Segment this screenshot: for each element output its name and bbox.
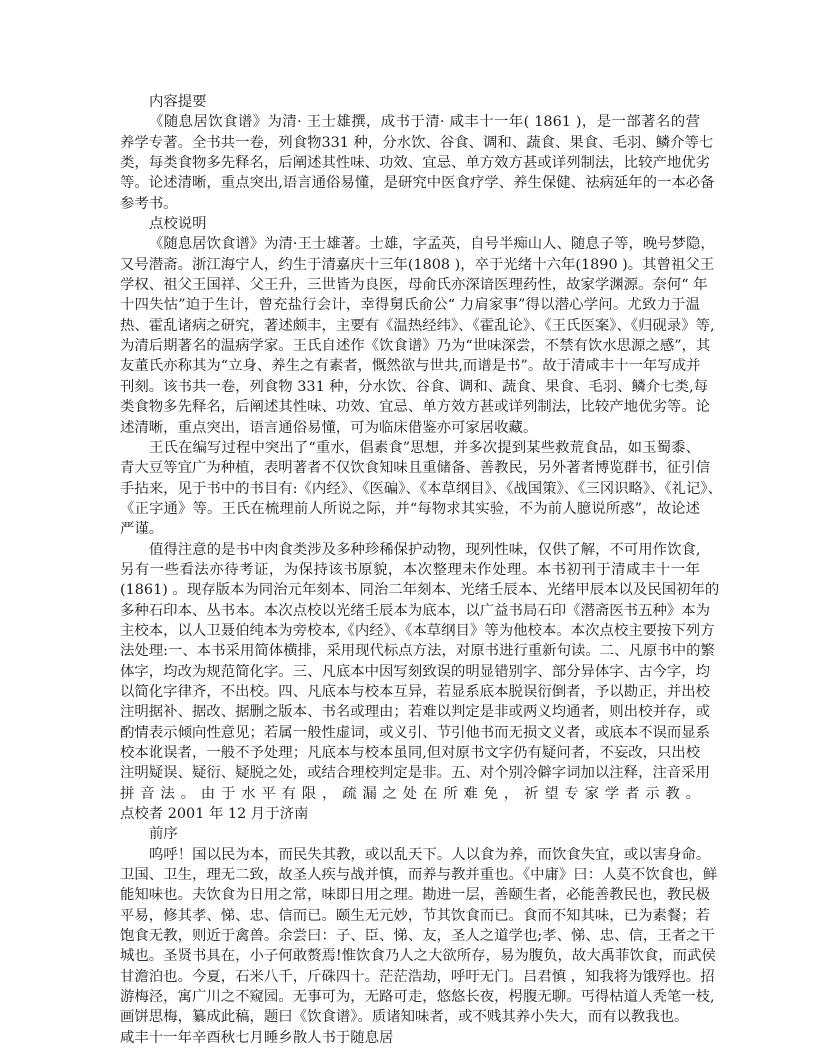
signature-line: 咸丰十一年辛酉秋七月睡乡散人书于随息居	[120, 1028, 700, 1048]
text-line: 多种石印本、丛书本。本次点校以光绪壬辰本为底本，以广益书局石印《潜斋医书五种》本…	[120, 601, 700, 621]
text-line: 主校本，以人卫聂伯纯本为旁校本,《内经》、《本草纲目》等为他校本。本次点校主要按…	[120, 621, 700, 641]
text-line: 《正字通》等。王氏在梳理前人所说之际，并“每物求其实验，不为前人臆说所惑”，故论…	[120, 499, 700, 519]
text-line: 刊刻。该书共一卷，列食物 331 种，分水饮、谷食、调和、蔬食、果食、毛羽、鳞介…	[120, 377, 700, 397]
text-line: 为清后期著名的温病学家。王氏自述作《饮食谱》乃为“世味深尝，不禁有饮水思源之感”…	[120, 336, 700, 356]
section-heading-collation-notes: 点校说明	[120, 214, 700, 234]
text-line: (1861) 。现存版本为同治元年刻本、同治二年刻本、光绪壬辰本、光绪甲辰本以及…	[120, 580, 700, 600]
text-line: 饱食无教，则近于禽兽。余尝曰：子、臣、悌、友，圣人之道学也;孝、悌、忠、信，王者…	[120, 926, 700, 946]
text-line: 类，每类食物多先释名，后阐述其性味、功效、宜忌、单方效方甚或详列制法，比较产地优…	[120, 153, 700, 173]
section-heading-preface: 前序	[120, 824, 700, 844]
text-line: 《随息居饮食谱》为清· 王士雄撰，成书于清· 咸丰十一年( 1861 )，是一部…	[120, 112, 700, 132]
text-line: 青大豆等宜广为种植，表明著者不仅饮食知味且重储备、善教民，另外著者博览群书，征引…	[120, 458, 700, 478]
text-line: 能知味也。夫饮食为日用之常，味即日用之理。勘进一层，善颐生者，必能善教民也，教民…	[120, 885, 700, 905]
text-line: 热、霍乱诸病之研究，著述颇丰，主要有《温热经纬》、《霍乱论》、《王氏医案》、《归…	[120, 316, 700, 336]
text-line: 呜呼！国以民为本，而民失其教，或以乱天下。人以食为养，而饮食失宜，或以害身命。	[120, 845, 700, 865]
text-line: 平易，修其孝、悌、忠、信而已。颐生无元妙，节其饮食而已。食而不知其味，已为素餐；…	[120, 906, 700, 926]
signature-line: 点校者 2001 年 12 月于济南	[120, 804, 700, 824]
text-line: 甘澹泊也。今夏，石米八千，斤硃四十。茫茫浩劫，呼吁无门。吕君慎 ，知我将为饿殍也…	[120, 967, 700, 987]
text-line: 法处理:一、本书采用简体横排，采用现代标点方法，对原书进行重新句读。二、凡原书中…	[120, 641, 700, 661]
text-line: 又号潜斋。浙江海宁人，约生于清嘉庆十三年(1808 )，卒于光绪十六年(1890…	[120, 255, 700, 275]
text-line: 学权、祖父王国祥、父王升，三世皆为良医，母俞氏亦深谙医理药性，故家学渊源。奈何“…	[120, 275, 700, 295]
text-line: 城也。圣贤书具在，小子何敢赘焉!惟饮食乃人之大欲所存，易为腹负，故大禹菲饮食，而…	[120, 946, 700, 966]
text-line: 另有一些看法亦待考证，为保持该书原貌，本次整理未作处理。本书初刊于清咸丰十一年	[120, 560, 700, 580]
text-line: 等。论述清晰，重点突出,语言通俗易懂，是研究中医食疗学、养生保健、祛病延年的一本…	[120, 173, 700, 193]
text-line: 十四失怙”迫于生计，曾充盐行会计，幸得舅氏俞公“ 力肩家事”得以潜心学问。尤致力…	[120, 295, 700, 315]
text-line: 拼音法。由于水平有限，疏漏之处在所难免，祈望专家学者示教。	[120, 784, 700, 804]
text-line: 王氏在编写过程中突出了“重水，倡素食”思想，并多次提到某些救荒食品，如玉蜀黍、	[120, 438, 700, 458]
section-heading-summary: 内容提要	[120, 92, 700, 112]
text-line: 养学专著。全书共一卷，列食物331 种，分水饮、谷食、调和、蔬食、果食、毛羽、鳞…	[120, 133, 700, 153]
text-line: 体字，均改为规范简化字。三、凡底本中因写刻致误的明显错别字、部分异体字、古今字，…	[120, 662, 700, 682]
text-line: 以简化字律齐，不出校。四、凡底本与校本互异，若显系底本脱误衍倒者，予以勘正，并出…	[120, 682, 700, 702]
text-line: 述清晰，重点突出，语言通俗易懂，可为临床借鉴亦可家居收藏。	[120, 418, 700, 438]
text-line: 值得注意的是书中肉食类涉及多种珍稀保护动物，现列性味，仅供了解，不可用作饮食,	[120, 540, 700, 560]
text-line: 《随息居饮食谱》为清·王士雄著。士雄，字孟英，自号半痴山人、随息子等，晚号梦隐，	[120, 234, 700, 254]
document-page: 内容提要 《随息居饮食谱》为清· 王士雄撰，成书于清· 咸丰十一年( 1861 …	[120, 92, 700, 1048]
text-line: 手拈来，见于书中的书目有:《内经》、《医碥》、《本草纲目》、《战国策》、《三冈识…	[120, 479, 700, 499]
text-line: 游梅泾，寓广川之不窥园。无事可为，无路可走，悠悠长夜，枵腹无聊。丐得枯道人秃笔一…	[120, 987, 700, 1007]
text-line: 卫国、卫生，理无二致，故圣人疾与战并慎，而养与教并重也。《中庸》曰：人莫不饮食也…	[120, 865, 700, 885]
text-line: 注明疑误、疑衍、疑脱之处，或结合理校判定是非。五、对个别冷僻字词加以注释，注音采…	[120, 763, 700, 783]
text-line: 校本讹误者，一般不予处理；凡底本与校本虽同,但对原书文字仍有疑问者，不妄改，只出…	[120, 743, 700, 763]
text-line: 参考书。	[120, 194, 700, 214]
text-line: 友董氏亦称其为“立身、养生之有素者，慨然欲与世共,而谱是书”。故于清咸丰十一年写…	[120, 356, 700, 376]
text-line: 类食物多先释名，后阐述其性味、功效、宜忌、单方效方甚或详列制法，比较产地优劣等。…	[120, 397, 700, 417]
text-line: 注明据补、据改、据删之版本、书名或理由；若难以判定是非或两义均通者，则出校并存，…	[120, 702, 700, 722]
text-line: 酌情表示倾向性意见；若属一般性虚词，或义引、节引他书而无损文义者，或底本不误而显…	[120, 723, 700, 743]
text-line: 画饼思梅，纂成此稿，题曰《饮食谱》。质诸知味者，或不贱其养小失大，而有以教我也。	[120, 1007, 700, 1027]
text-line: 严谨。	[120, 519, 700, 539]
